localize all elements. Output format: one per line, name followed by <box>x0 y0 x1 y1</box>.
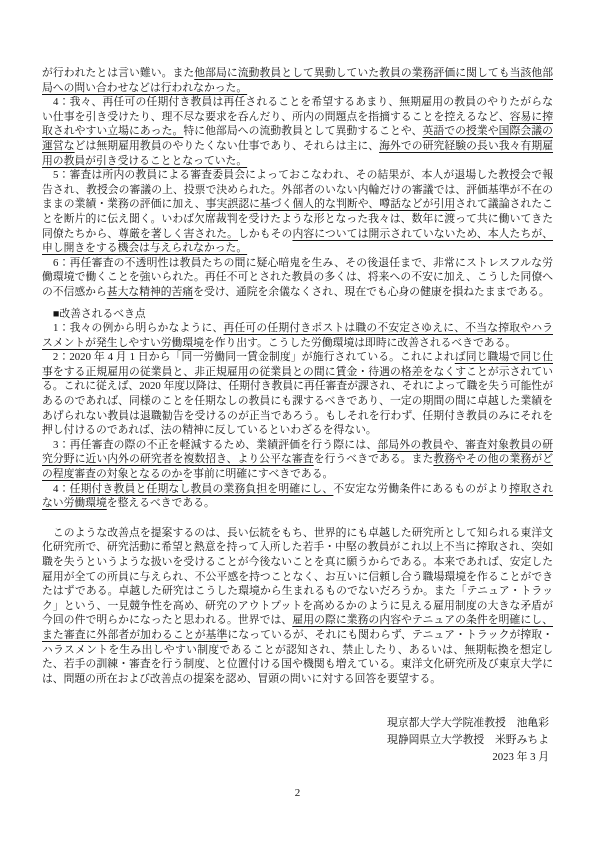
paragraph-item-6: 6：再任審査の不透明性は教員たちの間に疑心暗鬼を生み、その後退任まで、非常にスト… <box>42 256 553 300</box>
text-run: 1：我々の例から明らかなように、 <box>42 322 223 334</box>
paragraph-improvement-4: 4：任期付き教員と任期なし教員の業務負担を明確にし、不安定な労働条件にあるものが… <box>42 482 553 511</box>
underlined-text-run: 甚大な精神的苦痛 <box>107 286 193 298</box>
text-run: 不安定な労働条件にあるものがより <box>333 483 509 495</box>
text-run: どは無期雇用教員のやりたくない仕事であり、それらは主に、 <box>75 140 379 152</box>
signature-line: 現京都大学大学院准教授 池亀彩 <box>42 715 549 732</box>
document-body: が行われたとは言い難い。また他部局に流動教員として異動していた教員の業務評価に関… <box>42 66 553 766</box>
document-page: が行われたとは言い難い。また他部局に流動教員として異動していた教員の業務評価に関… <box>0 0 595 841</box>
page-number: 2 <box>0 787 595 799</box>
text-run: 特に他部局への流動教員として異動することや、 <box>183 125 422 137</box>
text-run: が行われたとは言い難い。また <box>42 67 194 79</box>
text-run: を事前に明確にすべきである。 <box>182 468 333 480</box>
text-run: 2：2020 年 4 月 1 日から「同一労働同一賃金制度」が施行されている。こ… <box>42 351 455 363</box>
text-run: このような改善点を提案するのは、長い伝統をもち、世界的にも卓越した研究所として知… <box>42 527 553 627</box>
paragraph-item-5: 5：審査は所内の教員による審査委員会によっておこなわれ、その結果が、本人が退場し… <box>42 168 553 256</box>
underlined-text-run: 事実誤認に基づく個人的な判断や、噂話などが引用 <box>206 198 456 210</box>
section-heading-improvements: ■改善されるべき点 <box>42 307 553 322</box>
text-run: を整えるべきである。 <box>107 497 215 509</box>
underlined-text-run: 尊厳を著しく害された。 <box>118 228 238 240</box>
paragraph-3-continuation: が行われたとは言い難い。また他部局に流動教員として異動していた教員の業務評価に関… <box>42 66 553 95</box>
text-run: ■改善されるべき点 <box>42 308 146 320</box>
signature-block: 現京都大学大学院准教授 池亀彩現静岡県立大学教授 米野みちよ2023 年 3 月 <box>42 715 553 766</box>
paragraph-improvement-1: 1：我々の例から明らかなように、再任可の任期付きポストは職の不安定さゆえに、不当… <box>42 321 553 350</box>
signature-line: 現静岡県立大学教授 米野みちよ <box>42 732 549 749</box>
text-run: を行うべきである。また <box>314 453 434 465</box>
paragraph-improvement-2: 2：2020 年 4 月 1 日から「同一労働同一賃金制度」が施行されている。こ… <box>42 350 553 438</box>
paragraph-improvement-3: 3：再任審査の際の不正を軽減するため、業績評価を行う際には、部局外の教員や、審査… <box>42 438 553 482</box>
text-run: 4：我々、再任可の任期付き教員は再任されることを希望するあまり、無期雇用の教員の… <box>42 96 553 123</box>
text-run: 4： <box>42 483 70 495</box>
text-run: しかもその <box>238 228 292 240</box>
paragraph-item-4: 4：我々、再任可の任期付き教員は再任されることを希望するあまり、無期雇用の教員の… <box>42 95 553 168</box>
text-run: を作り出す。こうした労働環境は即時に改善されるべきである。 <box>204 337 516 349</box>
paragraph-closing: このような改善点を提案するのは、長い伝統をもち、世界的にも卓越した研究所として知… <box>42 526 553 687</box>
underlined-text-run: 任期付き教員と任期なし教員の業務負担を明確にし、 <box>70 483 334 495</box>
text-run: 3：再任審査の際の不正を軽減するため、業績評価を行う際には、 <box>42 439 377 451</box>
signature-line: 2023 年 3 月 <box>42 749 549 766</box>
text-run: を受け、通院を余儀なくされ、現在でも心身の健康を損ねたままである。 <box>193 286 550 298</box>
